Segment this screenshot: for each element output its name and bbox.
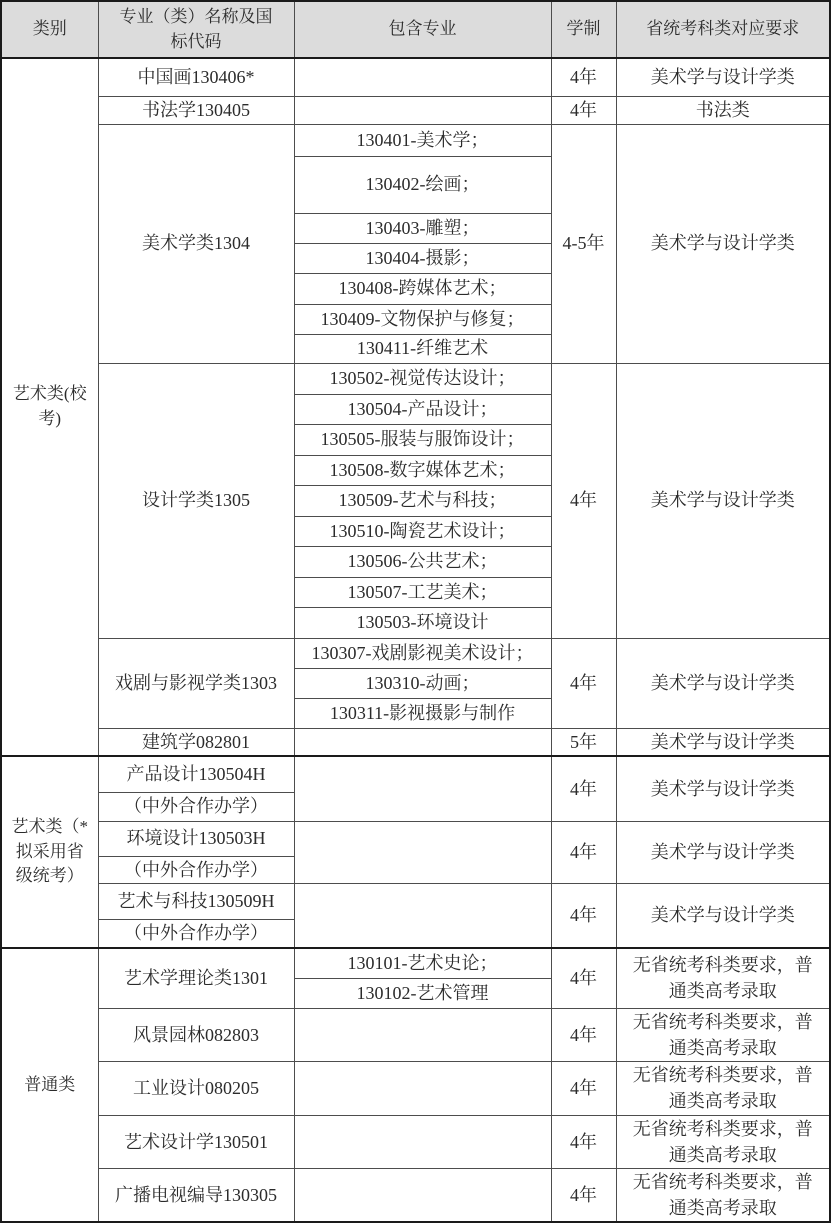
program-name-cell: （中外合作办学） — [98, 856, 294, 883]
requirement-cell: 无省统考科类要求，普通类高考录取 — [616, 1061, 830, 1115]
program-name-cell: 中国画130406* — [98, 58, 294, 96]
program-name-cell: 设计学类1305 — [98, 363, 294, 638]
major-cell-empty — [294, 728, 551, 756]
column-header-4: 学制 — [551, 1, 616, 58]
major-cell: 130508-数字媒体艺术； — [294, 455, 551, 485]
program-name-cell: 书法学130405 — [98, 96, 294, 124]
program-name-cell: 戏剧与影视学类1303 — [98, 638, 294, 728]
table-row: 书法学1304054年书法类 — [1, 96, 830, 124]
major-cell: 130102-艺术管理 — [294, 978, 551, 1008]
duration-cell: 4年 — [551, 363, 616, 638]
program-name-cell: （中外合作办学） — [98, 919, 294, 948]
requirement-cell: 无省统考科类要求，普通类高考录取 — [616, 1008, 830, 1061]
major-cell-empty — [294, 756, 551, 821]
program-name-cell: 艺术设计学130501 — [98, 1115, 294, 1168]
duration-cell: 4年 — [551, 948, 616, 1008]
major-cell: 130504-产品设计； — [294, 394, 551, 424]
table-row: 环境设计130503H4年美术学与设计学类 — [1, 821, 830, 856]
major-cell: 130404-摄影； — [294, 243, 551, 273]
duration-cell: 4-5年 — [551, 124, 616, 363]
table-row: 艺术与科技130509H4年美术学与设计学类 — [1, 883, 830, 919]
table-header: 类别专业（类）名称及国标代码包含专业学制省统考科类对应要求 — [1, 1, 830, 58]
column-header-3: 包含专业 — [294, 1, 551, 58]
program-name-cell: 美术学类1304 — [98, 124, 294, 363]
requirement-cell: 美术学与设计学类 — [616, 756, 830, 821]
program-name-cell: 建筑学082801 — [98, 728, 294, 756]
requirement-cell: 无省统考科类要求，普通类高考录取 — [616, 1115, 830, 1168]
programs-table: 类别专业（类）名称及国标代码包含专业学制省统考科类对应要求 艺术类(校考)中国画… — [0, 0, 831, 1223]
table-row: 工业设计0802054年无省统考科类要求，普通类高考录取 — [1, 1061, 830, 1115]
column-header-2: 专业（类）名称及国标代码 — [98, 1, 294, 58]
major-cell: 130409-文物保护与修复； — [294, 304, 551, 334]
duration-cell: 4年 — [551, 1115, 616, 1168]
major-cell-empty — [294, 1061, 551, 1115]
duration-cell: 5年 — [551, 728, 616, 756]
requirement-cell: 无省统考科类要求，普通类高考录取 — [616, 948, 830, 1008]
requirement-cell: 美术学与设计学类 — [616, 821, 830, 883]
table-row: 广播电视编导1303054年无省统考科类要求，普通类高考录取 — [1, 1168, 830, 1222]
major-cell: 130505-服装与服饰设计； — [294, 424, 551, 455]
major-cell-empty — [294, 821, 551, 883]
major-cell-empty — [294, 1168, 551, 1222]
major-cell-empty — [294, 96, 551, 124]
major-cell: 130507-工艺美术； — [294, 577, 551, 607]
program-name-cell: 风景园林082803 — [98, 1008, 294, 1061]
duration-cell: 4年 — [551, 58, 616, 96]
program-name-cell: 环境设计130503H — [98, 821, 294, 856]
duration-cell: 4年 — [551, 756, 616, 821]
program-name-cell: 工业设计080205 — [98, 1061, 294, 1115]
program-name-cell: 广播电视编导130305 — [98, 1168, 294, 1222]
requirement-cell: 书法类 — [616, 96, 830, 124]
duration-cell: 4年 — [551, 821, 616, 883]
requirement-cell: 美术学与设计学类 — [616, 58, 830, 96]
requirement-cell: 美术学与设计学类 — [616, 883, 830, 948]
table-row: 艺术类(校考)中国画130406*4年美术学与设计学类 — [1, 58, 830, 96]
table-body: 艺术类(校考)中国画130406*4年美术学与设计学类书法学1304054年书法… — [1, 58, 830, 1222]
table-row: 美术学类1304130401-美术学；4-5年美术学与设计学类 — [1, 124, 830, 156]
duration-cell: 4年 — [551, 1168, 616, 1222]
requirement-cell: 美术学与设计学类 — [616, 363, 830, 638]
table-row: 艺术设计学1305014年无省统考科类要求，普通类高考录取 — [1, 1115, 830, 1168]
major-cell: 130411-纤维艺术 — [294, 334, 551, 363]
category-cell-2: 普通类 — [1, 948, 98, 1222]
program-name-cell: 产品设计130504H — [98, 756, 294, 792]
major-cell-empty — [294, 1008, 551, 1061]
column-header-1: 类别 — [1, 1, 98, 58]
duration-cell: 4年 — [551, 638, 616, 728]
table-row: 风景园林0828034年无省统考科类要求，普通类高考录取 — [1, 1008, 830, 1061]
program-name-cell: （中外合作办学） — [98, 792, 294, 821]
category-cell-0: 艺术类(校考) — [1, 58, 98, 756]
major-cell: 130403-雕塑； — [294, 213, 551, 243]
table-row: 普通类艺术学理论类1301130101-艺术史论；4年无省统考科类要求，普通类高… — [1, 948, 830, 978]
category-cell-1: 艺术类（*拟采用省级统考） — [1, 756, 98, 948]
major-cell: 130408-跨媒体艺术； — [294, 273, 551, 304]
program-name-cell: 艺术学理论类1301 — [98, 948, 294, 1008]
major-cell: 130310-动画； — [294, 668, 551, 698]
program-name-cell: 艺术与科技130509H — [98, 883, 294, 919]
major-cell-empty — [294, 58, 551, 96]
requirement-cell: 美术学与设计学类 — [616, 728, 830, 756]
requirement-cell: 无省统考科类要求，普通类高考录取 — [616, 1168, 830, 1222]
major-cell: 130506-公共艺术； — [294, 546, 551, 577]
major-cell: 130502-视觉传达设计； — [294, 363, 551, 394]
major-cell: 130503-环境设计 — [294, 607, 551, 638]
major-cell-empty — [294, 1115, 551, 1168]
major-cell: 130509-艺术与科技； — [294, 485, 551, 516]
major-cell: 130307-戏剧影视美术设计； — [294, 638, 551, 668]
duration-cell: 4年 — [551, 96, 616, 124]
major-cell: 130311-影视摄影与制作 — [294, 698, 551, 728]
column-header-5: 省统考科类对应要求 — [616, 1, 830, 58]
duration-cell: 4年 — [551, 883, 616, 948]
major-cell: 130401-美术学； — [294, 124, 551, 156]
table-row: 建筑学0828015年美术学与设计学类 — [1, 728, 830, 756]
table-row: 艺术类（*拟采用省级统考）产品设计130504H4年美术学与设计学类 — [1, 756, 830, 792]
duration-cell: 4年 — [551, 1008, 616, 1061]
table-row: 戏剧与影视学类1303130307-戏剧影视美术设计；4年美术学与设计学类 — [1, 638, 830, 668]
major-cell: 130402-绘画； — [294, 156, 551, 213]
requirement-cell: 美术学与设计学类 — [616, 124, 830, 363]
table-row: 设计学类1305130502-视觉传达设计；4年美术学与设计学类 — [1, 363, 830, 394]
major-cell: 130101-艺术史论； — [294, 948, 551, 978]
major-cell: 130510-陶瓷艺术设计； — [294, 516, 551, 546]
duration-cell: 4年 — [551, 1061, 616, 1115]
major-cell-empty — [294, 883, 551, 948]
requirement-cell: 美术学与设计学类 — [616, 638, 830, 728]
